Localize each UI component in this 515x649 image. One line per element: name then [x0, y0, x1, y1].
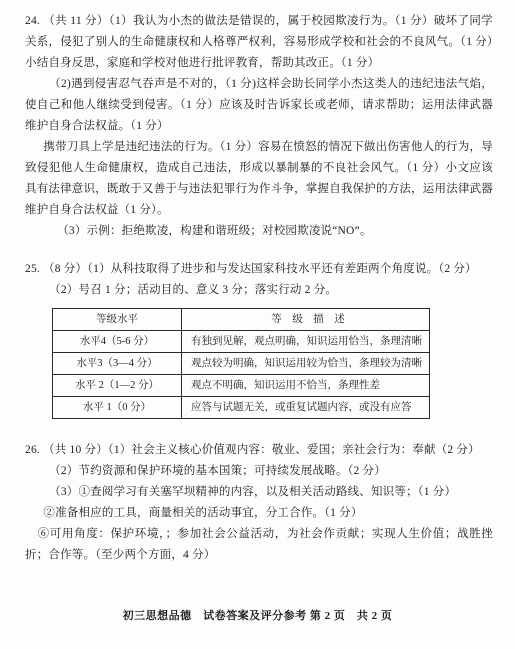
cell-description: 有独到见解，观点明确，知识运用恰当，条理清晰: [182, 331, 430, 353]
cell-level: 水平 2（1—2 分）: [53, 375, 182, 397]
question-26-answer-block: 26. （共 10 分）（1）社会主义核心价值观内容：敬业、爱国；亲社会行为：奉…: [25, 440, 493, 566]
grading-rubric-table: 等级水平等 级 描 述水平4（5-6 分）有独到见解，观点明确，知识运用恰当，条…: [52, 308, 430, 419]
question-25-text: 25. （8 分）（1）从科技取得了进步和与发达国家科技水平还有差距两个角度说。…: [25, 259, 493, 301]
paragraph: 26. （共 10 分）（1）社会主义核心价值观内容：敬业、爱国；亲社会行为：奉…: [25, 440, 493, 461]
cell-description: 观点不明确，知识运用不恰当，条理性差: [182, 375, 430, 397]
paragraph: （2）号召 1 分；活动目的、意义 3 分；落实行动 2 分。: [25, 280, 493, 301]
paragraph: （2）节约资源和保护环境的基本国策；可持续发展战略。（2 分）: [25, 461, 493, 482]
paragraph: ②准备相应的工具，商量相关的活动事宜，分工合作。（1 分）: [25, 503, 493, 524]
cell-level: 水平3（3—4 分）: [53, 353, 182, 375]
question-25-answer-block: 25. （8 分）（1）从科技取得了进步和与发达国家科技水平还有差距两个角度说。…: [25, 259, 493, 419]
table-header-row: 等级水平等 级 描 述: [53, 309, 430, 331]
paragraph: （2)遇到侵害忍气吞声是不对的，（1 分)这样会助长同学小杰这类人的违纪违法气焰…: [25, 74, 493, 137]
header-description: 等 级 描 述: [182, 309, 430, 331]
paragraph: 24. （共 11 分）（1）我认为小杰的做法是错误的，属于校园欺凌行为。（1 …: [25, 11, 493, 74]
cell-description: 观点较为明确，知识运用较为恰当，条理较为清晰: [182, 353, 430, 375]
paragraph: ⑥可用角度：保护环境，；参加社会公益活动，为社会作贡献；实现人生价值；战胜挫折；…: [25, 524, 493, 566]
answer-sheet-page: 24. （共 11 分）（1）我认为小杰的做法是错误的，属于校园欺凌行为。（1 …: [0, 0, 515, 649]
table-row: 水平3（3—4 分）观点较为明确，知识运用较为恰当，条理较为清晰: [53, 353, 430, 375]
table-row: 水平4（5-6 分）有独到见解，观点明确，知识运用恰当，条理清晰: [53, 331, 430, 353]
table-row: 水平 2（1—2 分）观点不明确，知识运用不恰当，条理性差: [53, 375, 430, 397]
question-24-answer-block: 24. （共 11 分）（1）我认为小杰的做法是错误的，属于校园欺凌行为。（1 …: [25, 11, 493, 242]
cell-level: 水平 1（0 分）: [53, 397, 182, 419]
paragraph: 25. （8 分）（1）从科技取得了进步和与发达国家科技水平还有差距两个角度说。…: [25, 259, 493, 280]
paragraph: （3）①查阅学习有关塞罕坝精神的内容，以及相关活动路线、知识等；（1 分）: [25, 482, 493, 503]
table-row: 水平 1（0 分）应答与试题无关，或重复试题内容，或没有应答: [53, 397, 430, 419]
header-level: 等级水平: [53, 309, 182, 331]
page-footer: 初三思想品德 试卷答案及评分参考 第 2 页 共 2 页: [0, 606, 515, 627]
paragraph: 携带刀具上学是违纪违法的行为。（1 分）容易在愤怒的情况下做出伤害他人的行为，导…: [25, 137, 493, 221]
cell-description: 应答与试题无关，或重复试题内容，或没有应答: [182, 397, 430, 419]
cell-level: 水平4（5-6 分）: [53, 331, 182, 353]
footer-text: 初三思想品德 试卷答案及评分参考 第 2 页 共 2 页: [123, 610, 393, 622]
paragraph: （3）示例：拒绝欺凌，构建和谐班级；对校园欺凌说“NO”。: [25, 221, 493, 242]
